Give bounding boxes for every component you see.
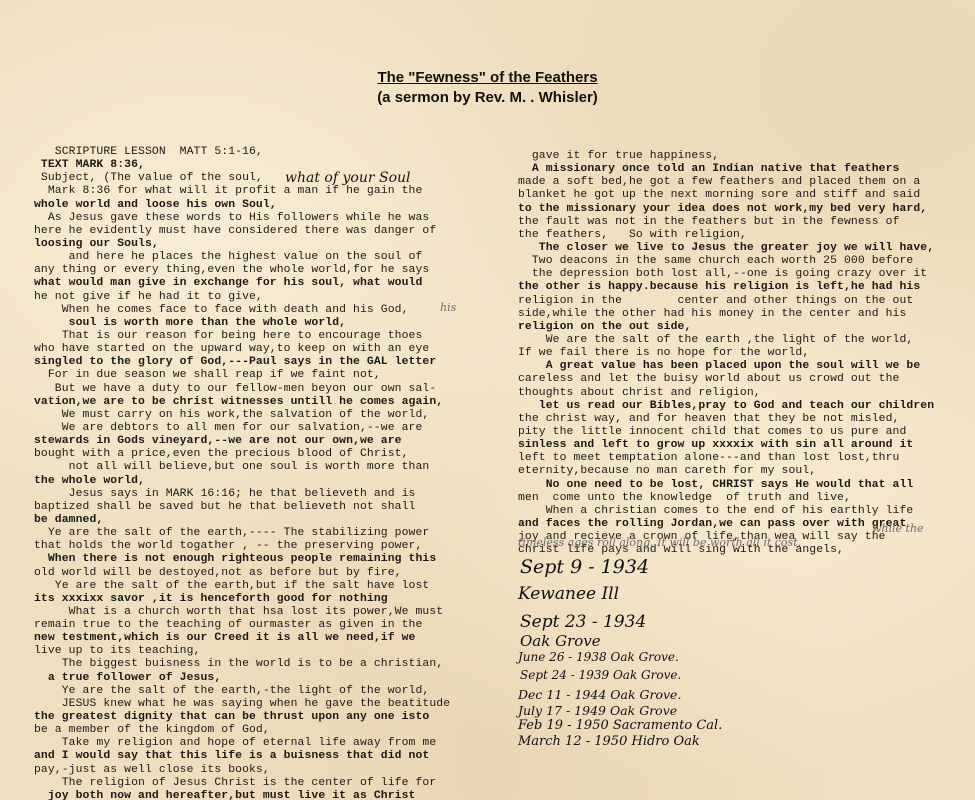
- typed-line: What is a church worth that hsa lost its…: [34, 606, 450, 619]
- typed-line: careless and let the buisy world about u…: [518, 373, 934, 386]
- typed-line: pay,-just as well close its books,: [34, 764, 450, 777]
- typed-line: its xxxixx savor ,it is henceforth good …: [34, 593, 450, 606]
- date-note: Oak Grove: [520, 632, 601, 650]
- typed-line: the fault was not in the feathers but in…: [518, 216, 934, 229]
- typed-line: Jesus says in MARK 16:16; he that believ…: [34, 488, 450, 501]
- typed-line: thoughts about christ and religion,: [518, 387, 934, 400]
- typed-line: stewards in Gods vineyard,--we are not o…: [34, 435, 450, 448]
- typed-line: whole world and loose his own Soul,: [34, 199, 450, 212]
- typed-line: sinless and left to grow up xxxxix with …: [518, 439, 934, 452]
- typed-line: vation,we are to be christ witnesses unt…: [34, 396, 450, 409]
- typed-line: Ye are the salt of the earth,but if the …: [34, 580, 450, 593]
- typed-line: SCRIPTURE LESSON MATT 5:1-16,: [34, 146, 450, 159]
- typed-line: No one need to be lost, CHRIST says He w…: [518, 479, 934, 492]
- date-note: Dec 11 - 1944 Oak Grove.: [518, 687, 681, 702]
- typed-line: A great value has been placed upon the s…: [518, 360, 934, 373]
- date-note: Kewanee Ill: [518, 584, 619, 604]
- typed-line: that holds the world togather , -- the p…: [34, 540, 450, 553]
- typed-line: side,while the other had his money in th…: [518, 308, 934, 321]
- typed-line: men come unto the knowledge of truth and…: [518, 492, 934, 505]
- handwritten-line-end: while the: [872, 522, 924, 535]
- typed-line: who have started on the upward way,to ke…: [34, 343, 450, 356]
- typed-line: blanket he got up the next morning sore …: [518, 189, 934, 202]
- typed-line: That is our reason for being here to enc…: [34, 330, 450, 343]
- typed-line: If we fail there is no hope for the worl…: [518, 347, 934, 360]
- typed-line: the other is happy.because his religion …: [518, 281, 934, 294]
- typed-line: bought with a price,even the precious bl…: [34, 448, 450, 461]
- typed-line: A missionary once told an Indian native …: [518, 163, 934, 176]
- right-column-text: gave it for true happiness, A missionary…: [518, 150, 934, 557]
- typed-line: the depression both lost all,--one is go…: [518, 268, 934, 281]
- handwritten-margin-note: his: [440, 301, 456, 314]
- typed-line: here he evidently must have considered t…: [34, 225, 450, 238]
- date-note: June 26 - 1938 Oak Grove.: [518, 650, 679, 664]
- date-note: July 17 - 1949 Oak Grove: [518, 703, 677, 718]
- typed-line: eternity,because no man careth for my so…: [518, 465, 934, 478]
- typed-line: the feathers, So with religion,: [518, 229, 934, 242]
- date-note: March 12 - 1950 Hidro Oak: [518, 734, 700, 749]
- document-header: The "Fewness" of the Feathers (a sermon …: [0, 68, 975, 108]
- typed-line: remain true to the teaching of ourmaster…: [34, 619, 450, 632]
- typed-line: Take my religion and hope of eternal lif…: [34, 737, 450, 750]
- typed-line: let us read our Bibles,pray to God and t…: [518, 400, 934, 413]
- handwritten-subject-annotation: what of your Soul: [285, 170, 411, 186]
- typed-line: joy both now and hereafter,but must live…: [34, 790, 450, 800]
- typed-line: Ye are the salt of the earth,-the light …: [34, 685, 450, 698]
- typed-line: live up to its teaching,: [34, 645, 450, 658]
- typed-line: what would man give in exchange for his …: [34, 277, 450, 290]
- typed-line: We must carry on his work,the salvation …: [34, 409, 450, 422]
- document-title: The "Fewness" of the Feathers: [0, 68, 975, 88]
- typed-line: and I would say that this life is a buis…: [34, 750, 450, 763]
- typed-line: new testment,which is our Creed it is al…: [34, 632, 450, 645]
- typed-line: a true follower of Jesus,: [34, 672, 450, 685]
- typed-line: be a member of the kingdom of God,: [34, 724, 450, 737]
- typed-line: When there is not enough righteous peopl…: [34, 553, 450, 566]
- typed-line: any thing or every thing,even the whole …: [34, 264, 450, 277]
- typed-line: the greatest dignity that can be thrust …: [34, 711, 450, 724]
- typed-line: religion on the out side,: [518, 321, 934, 334]
- typed-line: old world will be destoyed,not as before…: [34, 567, 450, 580]
- date-note: Sept 23 - 1934: [520, 612, 646, 632]
- typed-line: be damned,: [34, 514, 450, 527]
- typed-line: When a christian comes to the end of his…: [518, 505, 934, 518]
- typed-line: soul is worth more than the whole world,: [34, 317, 450, 330]
- document-subtitle: (a sermon by Rev. M. . Whisler): [0, 88, 975, 108]
- typed-line: The biggest buisness in the world is to …: [34, 658, 450, 671]
- date-note: Sept 9 - 1934: [520, 556, 649, 578]
- typed-line: he not give if he had it to give,: [34, 291, 450, 304]
- typed-line: baptized shall be saved but he that beli…: [34, 501, 450, 514]
- date-note: Feb 19 - 1950 Sacramento Cal.: [518, 718, 722, 733]
- left-column-text: SCRIPTURE LESSON MATT 5:1-16, TEXT MARK …: [34, 146, 450, 800]
- typed-line: the whole world,: [34, 475, 450, 488]
- typed-line: religion in the center and other things …: [518, 295, 934, 308]
- typed-line: We are the salt of the earth ,the light …: [518, 334, 934, 347]
- handwritten-final-line: timeless ages roll along. It will be wor…: [518, 536, 801, 549]
- typed-line: When he comes face to face with death an…: [34, 304, 450, 317]
- typed-line: But we have a duty to our fellow-men bey…: [34, 383, 450, 396]
- typed-line: Mark 8:36 for what will it profit a man …: [34, 185, 450, 198]
- typed-line: Two deacons in the same church each wort…: [518, 255, 934, 268]
- typed-line: the christ way, and for heaven that they…: [518, 413, 934, 426]
- typed-line: JESUS knew what he was saying when he ga…: [34, 698, 450, 711]
- typed-line: made a soft bed,he got a few feathers an…: [518, 176, 934, 189]
- typed-line: singled to the glory of God,---Paul says…: [34, 356, 450, 369]
- date-note: Sept 24 - 1939 Oak Grove.: [520, 668, 681, 682]
- typed-line: loosing our Souls,: [34, 238, 450, 251]
- typed-line: and here he places the highest value on …: [34, 251, 450, 264]
- typed-line: The religion of Jesus Christ is the cent…: [34, 777, 450, 790]
- typed-line: We are debtors to all men for our salvat…: [34, 422, 450, 435]
- typed-line: The closer we live to Jesus the greater …: [518, 242, 934, 255]
- typed-line: pity the little innocent child that come…: [518, 426, 934, 439]
- typed-line: As Jesus gave these words to His followe…: [34, 212, 450, 225]
- typed-line: Ye are the salt of the earth,---- The st…: [34, 527, 450, 540]
- typed-line: not all will believe,but one soul is wor…: [34, 461, 450, 474]
- typed-line: to the missionary your idea does not wor…: [518, 203, 934, 216]
- typed-line: left to meet temptation alone---and than…: [518, 452, 934, 465]
- typed-line: gave it for true happiness,: [518, 150, 934, 163]
- typed-line: For in due season we shall reap if we fa…: [34, 369, 450, 382]
